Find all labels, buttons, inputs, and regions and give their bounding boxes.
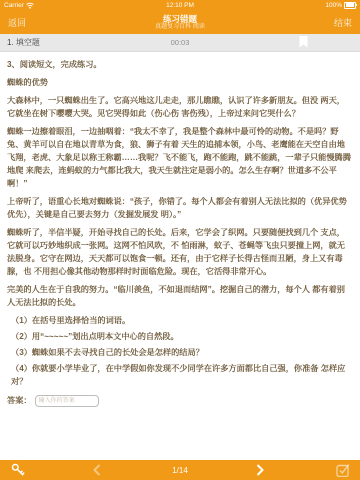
carrier-label: Carrier	[4, 2, 24, 9]
sub-question: （4）你就要小学毕业了，在中学假如你发现不少同学在许多方面都比自己强，你准备 怎…	[7, 362, 353, 388]
status-bar: Carrier 12:10 PM 100%	[0, 0, 360, 10]
passage-title: 蜘蛛的优势	[7, 76, 353, 89]
passage-paragraph: 完美的人生在于自我的努力。“临川羡鱼，不如退而结网”。挖掘自己的潜力，每个人 都…	[7, 283, 353, 309]
passage-paragraph: 大森林中，一只蜘蛛出生了。它高兴地这儿走走，那儿瞧瞧，认识了许多新朋友。但没 两…	[7, 94, 353, 120]
back-button[interactable]: 返回	[8, 16, 26, 29]
sub-question: （2）用“~~~~~”划出点明本文中心的自然段。	[7, 330, 353, 343]
passage-paragraph: 上帝听了，语重心长地对蜘蛛说：“孩子，你错了。每个人都会有着别人无法比拟的（优异…	[7, 195, 353, 221]
answer-card-button[interactable]	[336, 463, 350, 477]
battery-icon	[344, 2, 356, 9]
answer-label: 答案：	[7, 394, 32, 407]
answer-row: 答案：	[7, 394, 353, 407]
page-indicator: 1/14	[0, 466, 360, 475]
battery-percent: 100%	[325, 2, 342, 9]
question-intro: 3、阅读短文，完成练习。	[7, 58, 353, 71]
next-page-button[interactable]	[256, 464, 264, 476]
nav-bar: 练习错题 真题复习百科 阅读 返回 结束	[0, 10, 360, 34]
wifi-icon	[26, 2, 34, 9]
passage-paragraph: 蜘蛛一边擦着眼泪，一边抽咽着：“我太不幸了，我是整个森林中最可怜的动物。不是吗？…	[7, 125, 353, 190]
question-type-label: 1. 填空题	[7, 37, 40, 48]
page-title: 练习错题	[0, 14, 360, 24]
toolbar: 1/14	[0, 460, 360, 480]
answer-input[interactable]	[35, 395, 99, 407]
end-button[interactable]: 结束	[334, 16, 352, 29]
question-bar: 1. 填空题 00:03	[0, 34, 360, 52]
sub-question: （3）蜘蛛如果不去寻找自己的长处会是怎样的结局？	[7, 346, 353, 359]
nav-titles: 练习错题 真题复习百科 阅读	[0, 14, 360, 31]
page-subtitle: 真题复习百科 阅读	[0, 24, 360, 31]
passage-paragraph: 蜘蛛听了，半信半疑，开始寻找自己的长处。后来，它学会了织网。只要随便找到几个 支…	[7, 226, 353, 278]
bookmark-icon[interactable]	[299, 36, 308, 48]
app-screen: Carrier 12:10 PM 100% 练习错题 真题复习百科 阅读 返回 …	[0, 0, 360, 480]
question-content[interactable]: 3、阅读短文，完成练习。 蜘蛛的优势 大森林中，一只蜘蛛出生了。它高兴地这儿走走…	[0, 52, 360, 460]
sub-question: （1）在括号里选择恰当的词语。	[7, 314, 353, 327]
clock: 12:10 PM	[0, 2, 360, 9]
